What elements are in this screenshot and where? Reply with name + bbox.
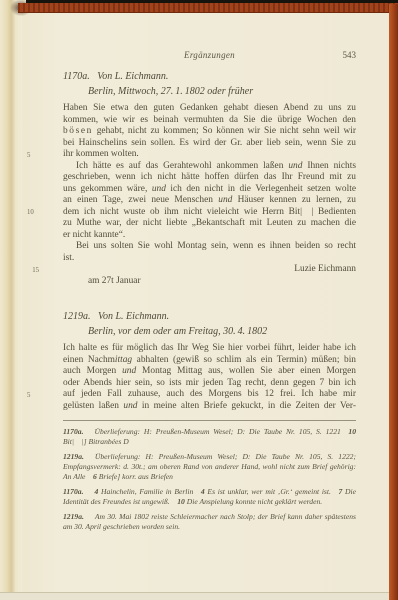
line-number: 10 [27,208,39,217]
letter-body: Ich halte es für möglich das Ihr Weg Sie… [63,343,356,412]
line-number: 5 [27,391,39,400]
book-page-scan: Ergänzungen 543 1170a. Von L. Eichmann.B… [0,0,398,600]
letter-line: ihr kommen wolten.5 [63,149,356,161]
letter-line: an einen Tage, zwei neue Menschen und Hä… [63,195,356,207]
apparatus-note: 1219a.Überlieferung: H: Preußen-Museum W… [63,452,356,481]
letters: 1170a. Von L. Eichmann.Berlin, Mittwoch,… [63,70,356,412]
apparatus-note: 1170a.Überlieferung: H: Preußen-Museum W… [63,427,356,447]
letter-line: zu Muthe war, der nicht liebte „Bekantsc… [63,218,356,230]
book-cover-top-edge [18,3,398,13]
letter-line: oder Abends hier sein, so ists mir jeden… [63,378,356,390]
line-number: 5 [27,151,39,160]
letter-1219a: 1219a. Von L. Eichmann.Berlin, vor dem o… [63,310,356,412]
apparatus-note: 1170a.4 Hainchelin, Familie in Berlin 4 … [63,487,356,507]
footnote-separator-rule [63,420,356,421]
letter-line: bösen gehabt, nicht zu kommen; So können… [63,126,356,138]
letter-place-date: Berlin, Mittwoch, 27. 1. 1802 oder frühe… [63,85,356,100]
letter-1170a: 1170a. Von L. Eichmann.Berlin, Mittwoch,… [63,70,356,287]
postscript-line: am 27t Januar [63,276,356,288]
letter-line: Ich halte es für möglich das Ihr Weg Sie… [63,343,356,355]
apparatus-text: Überlieferung: H: Preußen-Museum Wesel; … [63,427,356,446]
letter-line: Ich hätte es auf das Gerahtewohl ankomme… [63,161,356,173]
letter-line: bei Hainschelins sein sollen. Es wird de… [63,138,356,150]
letter-line: auf jeden Fall zuhause, auch des Morgens… [63,389,356,401]
book-cover-right-edge [389,4,398,600]
apparatus-letter-ref: 1170a. [63,427,83,436]
letter-line: einen Nachmittag abhalten (gewiß so schl… [63,355,356,367]
letter-line: Haben Sie etwa den guten Gedanken gehabt… [63,103,356,115]
line-number: 15 [27,266,39,275]
running-head: Ergänzungen 543 [63,50,356,62]
apparatus-letter-ref: 1219a. [63,512,84,521]
apparatus-note: 1219a.Am 30. Mai 1802 reiste Schleiermac… [63,512,356,532]
letter-line: Bei uns solten Sie wohl Montag sein, wen… [63,241,356,253]
signature-name: Luzie Eichmann [294,264,356,274]
apparatus-text: Überlieferung: H: Preußen-Museum Wesel; … [63,452,356,481]
apparatus-text: 4 Hainchelin, Familie in Berlin 4 Es ist… [63,487,356,506]
letter-line: auch Morgen und Montag Mittag aus, wolle… [63,366,356,378]
signature-line: 15Luzie Eichmann [63,264,356,276]
page-bottom-edge [0,592,389,600]
letter-heading: 1219a. Von L. Eichmann. [63,310,356,325]
letter-line: uns gekommen wäre, und ich den nicht in … [63,184,356,196]
apparatus-letter-ref: 1170a. [63,487,83,496]
letter-line: er nicht kannte“. [63,230,356,242]
letter-heading: 1170a. Von L. Eichmann. [63,70,356,85]
page-gutter-edge [0,0,22,600]
apparatus-footnotes: 1170a.Überlieferung: H: Preußen-Museum W… [63,427,356,537]
letter-body: Haben Sie etwa den guten Gedanken gehabt… [63,103,356,264]
letter-line: kommen, wie wir es beinah vermuhten da S… [63,115,356,127]
apparatus-letter-ref: 1219a. [63,452,84,461]
letter-line: gelüsten laßen und in meine alten Briefe… [63,401,356,413]
letter-line: ist. [63,253,356,265]
page-number: 543 [343,50,357,60]
apparatus-text: Am 30. Mai 1802 reiste Schleiermacher na… [63,512,356,531]
letter-line: dem ich nicht wuste ob ihm nicht vieleic… [63,207,356,219]
letter-place-date: Berlin, vor dem oder am Freitag, 30. 4. … [63,325,356,340]
running-header-title: Ergänzungen [63,50,356,60]
letter-line: geschrieben, wenn ich nicht hätte hoffen… [63,172,356,184]
